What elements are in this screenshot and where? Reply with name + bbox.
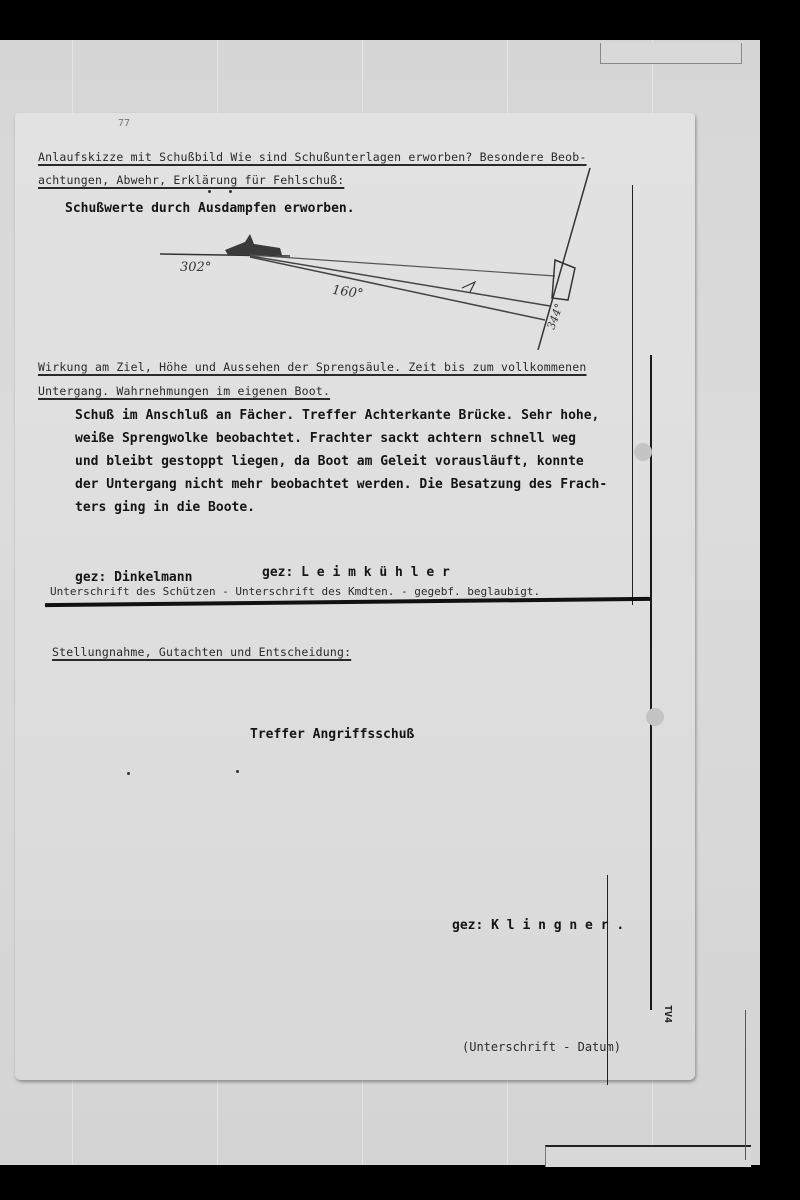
attack-sketch: 302° 160° 344° [150, 160, 620, 354]
sketch-label-bearing: 302° [180, 260, 211, 275]
signature-caption: Unterschrift des Schützen - Unterschrift… [50, 585, 540, 598]
commander-signature: gez: L e i m k ü h l e r [262, 565, 450, 580]
flotilla-signature: gez: K l i n g n e r . [452, 918, 624, 933]
signature-date-caption: (Unterschrift - Datum) [462, 1040, 621, 1054]
top-tab-fragment [600, 43, 742, 64]
speck [127, 772, 130, 775]
shooter-signature: gez: Dinkelmann [75, 570, 192, 585]
section2-line: weiße Sprengwolke beobachtet. Frachter s… [75, 431, 576, 446]
bottom-tab-fragment [545, 1145, 751, 1167]
speck [208, 190, 211, 193]
section2-line: Schuß im Anschluß an Fächer. Treffer Ach… [75, 408, 599, 423]
section2-line: und bleibt gestoppt liegen, da Boot am G… [75, 454, 584, 469]
section3-heading: Stellungnahme, Gutachten und Entscheidun… [52, 645, 351, 659]
punch-hole [646, 708, 664, 726]
page-mark: 77 [118, 118, 130, 129]
margin-rule-upper [632, 185, 633, 605]
section2-line: der Untergang nicht mehr beobachtet werd… [75, 477, 607, 492]
speck [236, 770, 239, 773]
speck [229, 190, 232, 193]
backing-edge-line [745, 1010, 746, 1160]
section2-line: ters ging in die Boote. [75, 500, 255, 515]
uboat-icon [225, 234, 282, 255]
freighter-icon [552, 260, 575, 300]
punch-hole [634, 443, 652, 461]
margin-stamp: TV4 [662, 1005, 673, 1023]
section2-heading-line1: Wirkung am Ziel, Höhe und Aussehen der S… [38, 360, 587, 374]
section2-heading-line2: Untergang. Wahrnehmungen im eigenen Boot… [38, 384, 330, 398]
decision-entry: Treffer Angriffsschuß [250, 727, 414, 742]
